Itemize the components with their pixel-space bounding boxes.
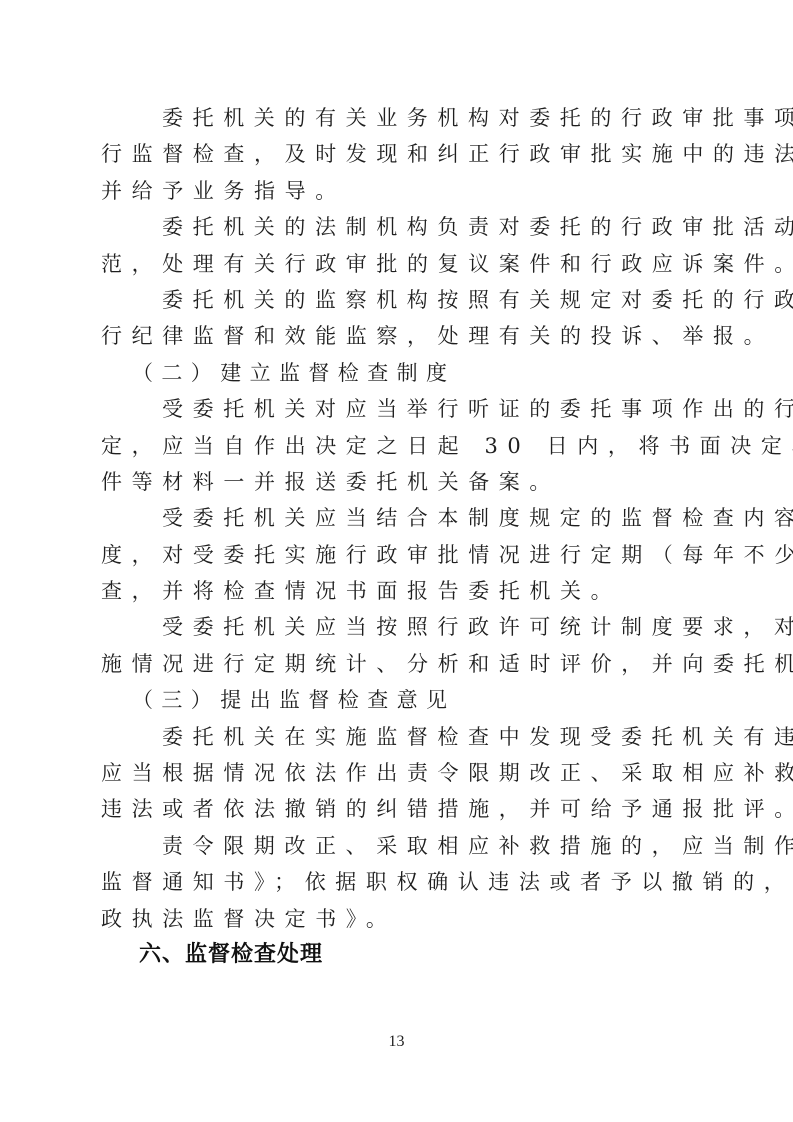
text-line: 受委托机关应当结合本制度规定的监督检查内容建立自检制 xyxy=(101,500,701,536)
section-heading-supervision-handling: 六、监督检查处理 xyxy=(101,937,701,973)
paragraph-supervisory-institution: 委托机关的监察机构按照有关规定对委托的行政审批活动进 行纪律监督和效能监察，处理… xyxy=(101,282,701,355)
paragraph-statistics-report: 受委托机关应当按照行政许可统计制度要求，对委托事项实 施情况进行定期统计、分析和… xyxy=(101,609,701,682)
text-line: 政执法监督决定书》。 xyxy=(101,901,701,937)
text-line: 查，并将检查情况书面报告委托机关。 xyxy=(101,573,701,609)
text-line: 范，处理有关行政审批的复议案件和行政应诉案件。 xyxy=(101,246,701,282)
paragraph-enforcement-documents: 责令限期改正、采取相应补救措施的，应当制作《行政执法 监督通知书》；依据职权确认… xyxy=(101,828,701,937)
text-line: 责令限期改正、采取相应补救措施的，应当制作《行政执法 xyxy=(101,828,701,864)
text-line: 定，应当自作出决定之日起 30 日内，将书面决定、听证笔录复印 xyxy=(101,428,701,464)
text-line: 施情况进行定期统计、分析和适时评价，并向委托机关报告。 xyxy=(101,646,701,682)
document-body: 委托机关的有关业务机构对委托的行政审批事项办理情况进 行监督检查，及时发现和纠正… xyxy=(101,100,701,973)
paragraph-hearing-filing: 受委托机关对应当举行听证的委托事项作出的行政审批决 定，应当自作出决定之日起 3… xyxy=(101,391,701,500)
page-number: 13 xyxy=(0,1033,793,1051)
text-line: 件等材料一并报送委托机关备案。 xyxy=(101,464,701,500)
paragraph-business-supervision: 委托机关的有关业务机构对委托的行政审批事项办理情况进 行监督检查，及时发现和纠正… xyxy=(101,100,701,209)
document-page: 委托机关的有关业务机构对委托的行政审批事项办理情况进 行监督检查，及时发现和纠正… xyxy=(0,0,793,1122)
text-line: 委托机关的有关业务机构对委托的行政审批事项办理情况进 xyxy=(101,100,701,136)
sub-heading-establish-system: （二）建立监督检查制度 xyxy=(101,355,701,391)
text-line: 行纪律监督和效能监察，处理有关的投诉、举报。 xyxy=(101,318,701,354)
text-line: 行监督检查，及时发现和纠正行政审批实施中的违法或不当行为， xyxy=(101,136,701,172)
text-line: 受委托机关对应当举行听证的委托事项作出的行政审批决 xyxy=(101,391,701,427)
text-line: 应当根据情况依法作出责令限期改正、采取相应补救措施、确认 xyxy=(101,755,701,791)
paragraph-violation-correction: 委托机关在实施监督检查中发现受委托机关有违法情形的， 应当根据情况依法作出责令限… xyxy=(101,719,701,828)
paragraph-self-inspection: 受委托机关应当结合本制度规定的监督检查内容建立自检制 度，对受委托实施行政审批情… xyxy=(101,500,701,609)
text-line: 监督通知书》；依据职权确认违法或者予以撤销的，应当制作《行 xyxy=(101,864,701,900)
text-line: 委托机关的法制机构负责对委托的行政审批活动依法进行规 xyxy=(101,209,701,245)
text-line: 并给予业务指导。 xyxy=(101,173,701,209)
text-line: 委托机关的监察机构按照有关规定对委托的行政审批活动进 xyxy=(101,282,701,318)
text-line: 受委托机关应当按照行政许可统计制度要求，对委托事项实 xyxy=(101,609,701,645)
sub-heading-inspection-opinions: （三）提出监督检查意见 xyxy=(101,682,701,718)
text-line: 度，对受委托实施行政审批情况进行定期（每年不少于一次）检 xyxy=(101,537,701,573)
text-line: 违法或者依法撤销的纠错措施，并可给予通报批评。 xyxy=(101,791,701,827)
paragraph-legal-institution: 委托机关的法制机构负责对委托的行政审批活动依法进行规 范，处理有关行政审批的复议… xyxy=(101,209,701,282)
text-line: 委托机关在实施监督检查中发现受委托机关有违法情形的， xyxy=(101,719,701,755)
